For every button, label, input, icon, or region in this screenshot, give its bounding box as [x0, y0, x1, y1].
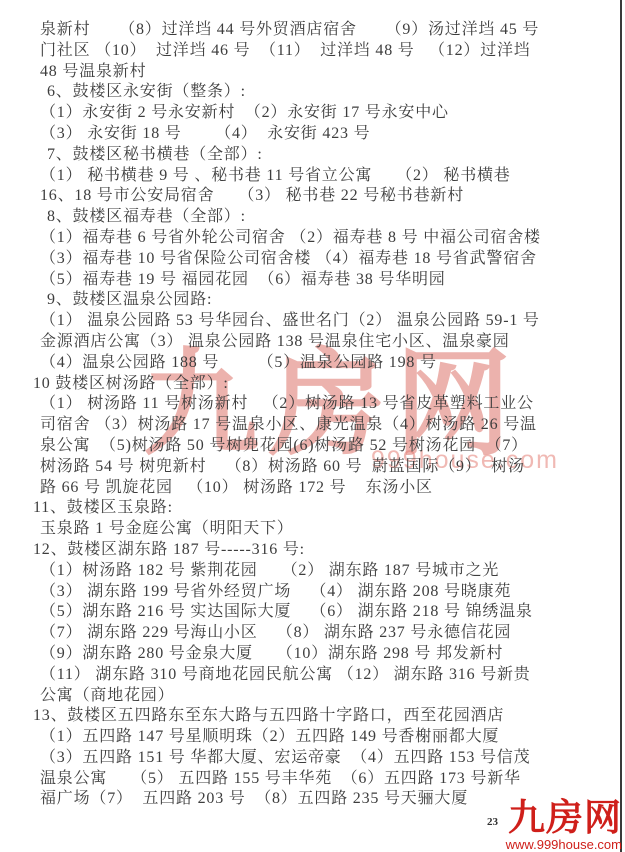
document-text-line: 公寓（商地花园）: [33, 686, 593, 707]
document-text-line: 门社区 （10） 过洋垱 46 号 （11） 过洋垱 48 号 （12）过洋垱: [33, 41, 593, 62]
document-text-line: （1） 秘书横巷 9 号 、秘书巷 11 号省立公寓 （2） 秘书横巷: [33, 166, 593, 187]
document-text-line: 泉公寓 （5)树汤路 50 号树兜花园(6)树汤路 52 号树汤花园 （7）: [33, 436, 593, 457]
document-text-line: （3）福寿巷 10 号省保险公司宿舍楼 （4）福寿巷 18 号省武警宿舍: [33, 249, 593, 270]
document-text-line: （7） 湖东路 229 号海山小区 （8） 湖东路 237 号永德信花园: [33, 623, 593, 644]
document-text-line: （3）五四路 151 号 华都大厦、宏运帝豪 （4）五四路 153 号信茂: [33, 748, 593, 769]
document-text-line: （1）树汤路 182 号 紫荆花园 （2） 湖东路 187 号城市之光: [33, 561, 593, 582]
document-text-line: 11、鼓楼区玉泉路:: [33, 498, 593, 519]
site-logo: 九房网 www.999house.com: [492, 801, 622, 852]
scanned-document-page: 九房网 999house.com 泉新村 （8）过洋垱 44 号外贸酒店宿舍 （…: [0, 0, 625, 852]
document-text-line: （3） 永安街 18 号 （4） 永安街 423 号: [33, 124, 593, 145]
document-text-line: （1） 树汤路 11 号树汤新村 （2）树汤路 13 号省皮革塑料工业公: [33, 394, 593, 415]
document-text-line: 6、鼓楼区永安街（整条）:: [33, 82, 593, 103]
page-edge-line: [620, 0, 622, 852]
site-logo-url: www.999house.com: [492, 837, 622, 852]
document-text-line: （1） 温泉公园路 53 号华园台、盛世名门（2） 温泉公园路 59-1 号: [33, 311, 593, 332]
document-text-line: 8、鼓楼区福寿巷（全部）:: [33, 207, 593, 228]
site-logo-text: 九房网: [492, 801, 622, 837]
document-text-line: 16、18 号市公安局宿舍 （3） 秘书巷 22 号秘书巷新村: [33, 186, 593, 207]
document-text-line: （11） 湖东路 310 号商地花园民航公寓 （12） 湖东路 316 号新贵: [33, 665, 593, 686]
document-text-block: 泉新村 （8）过洋垱 44 号外贸酒店宿舍 （9）汤过洋垱 45 号门社区 （1…: [33, 20, 593, 810]
document-text-line: （9）湖东路 280 号金泉大厦 （10）湖东路 298 号 邦发新村: [33, 644, 593, 665]
document-text-line: 12、鼓楼区湖东路 187 号-----316 号:: [33, 540, 593, 561]
document-text-line: （3） 湖东路 199 号省外经贸广场 （4） 湖东路 208 号晓康苑: [33, 582, 593, 603]
document-text-line: 9、鼓楼区温泉公园路:: [33, 290, 593, 311]
document-text-line: （5）湖东路 216 号 实达国际大厦 （6） 湖东路 218 号 锦绣温泉: [33, 602, 593, 623]
document-text-line: （4）温泉公园路 188 号 （5）温泉公园路 198 号: [33, 353, 593, 374]
document-text-line: 金源酒店公寓（3） 温泉公园路 138 号温泉住宅小区、温泉豪园: [33, 332, 593, 353]
document-text-line: 48 号温泉新村: [33, 62, 593, 83]
document-text-line: 13、鼓楼区五四路东至东大路与五四路十字路口，西至花园酒店: [33, 706, 593, 727]
document-text-line: 温泉公寓 （5） 五四路 155 号丰华苑 （6）五四路 173 号新华: [33, 769, 593, 790]
document-text-line: 路 66 号 凯旋花园 （10） 树汤路 172 号 东汤小区: [33, 478, 593, 499]
document-text-line: 泉新村 （8）过洋垱 44 号外贸酒店宿舍 （9）汤过洋垱 45 号: [33, 20, 593, 41]
document-text-line: 10 鼓楼区树汤路（全部）:: [33, 374, 593, 395]
document-text-line: （1）永安街 2 号永安新村 （2）永安街 17 号永安中心: [33, 103, 593, 124]
document-text-line: 玉泉路 1 号金庭公寓（明阳天下）: [33, 519, 593, 540]
document-text-line: （1）五四路 147 号星顺明珠（2）五四路 149 号香榭丽都大厦: [33, 727, 593, 748]
document-text-line: 树汤路 54 号 树兜新村 （8）树汤路 60 号 蔚蓝国际（9） 树汤: [33, 457, 593, 478]
document-text-line: （5）福寿巷 19 号 福园花园 （6）福寿巷 38 号华明园: [33, 270, 593, 291]
document-text-line: （1）福寿巷 6 号省外轮公司宿舍 （2）福寿巷 8 号 中福公司宿舍楼: [33, 228, 593, 249]
document-text-line: 7、鼓楼区秘书横巷（全部）:: [33, 145, 593, 166]
document-text-line: 司宿舍 （3）树汤路 17 号温泉小区、康光温泉（4）树汤路 26 号温: [33, 415, 593, 436]
